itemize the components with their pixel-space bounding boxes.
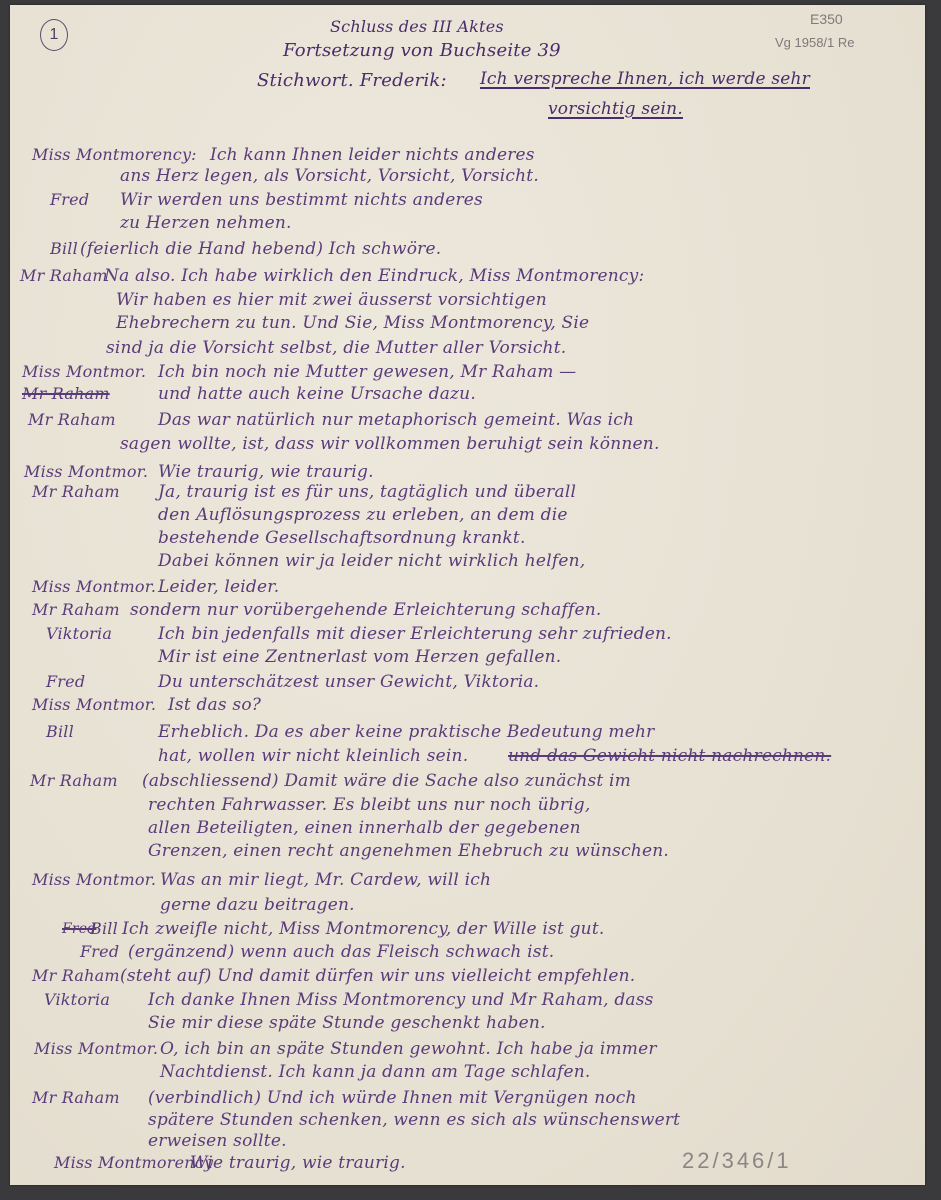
dialogue-line: rechten Fahrwasser. Es bleibt uns nur no… — [148, 795, 590, 815]
speaker-label: Fred — [80, 942, 119, 962]
dialogue-line: Ich danke Ihnen Miss Montmorency und Mr … — [148, 990, 654, 1010]
dialogue-line: spätere Stunden schenken, wenn es sich a… — [148, 1110, 680, 1130]
dialogue-line: (feierlich die Hand hebend) Ich schwöre. — [80, 239, 441, 259]
archive-code: E350 — [810, 11, 843, 27]
speaker-label: Mr Raham — [28, 410, 116, 430]
dialogue-line: Wie traurig, wie traurig. — [158, 462, 374, 482]
dialogue-line: Mir ist eine Zentnerlast vom Herzen gefa… — [158, 647, 561, 667]
dialogue-line: hat, wollen wir nicht kleinlich sein. — [158, 746, 468, 766]
dialogue-line: (ergänzend) wenn auch das Fleisch schwac… — [128, 942, 554, 962]
archive-folio-number: 22/346/1 — [682, 1148, 792, 1174]
dialogue-line: Leider, leider. — [158, 577, 279, 597]
dialogue-line: Erheblich. Da es aber keine praktische B… — [158, 722, 654, 742]
dialogue-line: O, ich bin an späte Stunden gewohnt. Ich… — [160, 1039, 657, 1059]
dialogue-line: den Auflösungsprozess zu erleben, an dem… — [158, 505, 568, 525]
dialogue-line: Ich bin jedenfalls mit dieser Erleichter… — [158, 624, 672, 644]
dialogue-line: Ich bin noch nie Mutter gewesen, Mr Raha… — [158, 362, 576, 382]
dialogue-line: sagen wollte, ist, dass wir vollkommen b… — [120, 434, 660, 454]
speaker-label: Miss Montmor. — [34, 1039, 158, 1059]
speaker-label: Viktoria — [46, 624, 112, 644]
header-act-title: Schluss des III Aktes — [330, 17, 504, 37]
speaker-label: Fred — [50, 190, 89, 210]
speaker-label: Mr Raham — [30, 771, 118, 791]
speaker-label: Mr Raham — [20, 266, 108, 286]
speaker-label: Miss Montmorency: — [32, 145, 197, 165]
dialogue-line: (abschliessend) Damit wäre die Sache als… — [142, 771, 631, 791]
dialogue-line: Das war natürlich nur metaphorisch gemei… — [158, 410, 634, 430]
dialogue-line: Na also. Ich habe wirklich den Eindruck,… — [104, 266, 644, 286]
archive-reference: Vg 1958/1 Re — [775, 35, 855, 50]
header-cue-text-2: vorsichtig sein. — [548, 99, 683, 119]
dialogue-line: Wie traurig, wie traurig. — [190, 1153, 406, 1173]
page-number-circle: 1 — [40, 19, 68, 51]
speaker-label: Miss Montmor. — [24, 462, 148, 482]
speaker-label: Mr Raham — [32, 600, 120, 620]
manuscript-page: 1 E350 Vg 1958/1 Re Schluss des III Akte… — [10, 5, 925, 1185]
speaker-label: Mr Raham — [32, 482, 120, 502]
dialogue-line: Ja, traurig ist es für uns, tagtäglich u… — [158, 482, 576, 502]
dialogue-line: Ist das so? — [168, 695, 261, 715]
speaker-label: Miss Montmor. — [32, 577, 156, 597]
speaker-label: Viktoria — [44, 990, 110, 1010]
speaker-label: Bill — [46, 722, 74, 742]
dialogue-line: Was an mir liegt, Mr. Cardew, will ich — [160, 870, 491, 890]
dialogue-line: und hatte auch keine Ursache dazu. — [158, 384, 476, 404]
dialogue-line: erweisen sollte. — [148, 1131, 287, 1151]
speaker-label: Fred — [46, 672, 85, 692]
dialogue-line: Wir haben es hier mit zwei äusserst vors… — [116, 290, 547, 310]
struck-text: und das Gewicht nicht nachrechnen. — [508, 746, 831, 766]
dialogue-line: Dabei können wir ja leider nicht wirklic… — [158, 551, 585, 571]
speaker-label: Miss Montmor. — [32, 870, 156, 890]
speaker-label: Bill — [50, 239, 78, 259]
dialogue-line: Nachtdienst. Ich kann ja dann am Tage sc… — [160, 1062, 591, 1082]
header-cue-label: Stichwort. Frederik: — [257, 71, 447, 91]
speaker-label: Bill — [90, 919, 118, 939]
dialogue-line: Grenzen, einen recht angenehmen Ehebruch… — [148, 841, 669, 861]
speaker-label: Miss Montmor. — [22, 362, 146, 382]
dialogue-line: zu Herzen nehmen. — [120, 213, 292, 233]
dialogue-line: ans Herz legen, als Vorsicht, Vorsicht, … — [120, 166, 539, 186]
dialogue-line: Ehebrechern zu tun. Und Sie, Miss Montmo… — [116, 313, 589, 333]
struck-speaker-label: Mr Raham — [22, 384, 110, 404]
speaker-label: Mr Raham — [32, 1088, 120, 1108]
dialogue-line: Ich zweifle nicht, Miss Montmorency, der… — [122, 919, 604, 939]
dialogue-line: Wir werden uns bestimmt nichts anderes — [120, 190, 483, 210]
speaker-label: Mr Raham — [32, 966, 120, 986]
speaker-label: Miss Montmor. — [32, 695, 156, 715]
dialogue-line: (steht auf) Und damit dürfen wir uns vie… — [120, 966, 635, 986]
dialogue-line: Du unterschätzest unser Gewicht, Viktori… — [158, 672, 539, 692]
header-cue-text-1: Ich verspreche Ihnen, ich werde sehr — [480, 69, 810, 89]
dialogue-line: sondern nur vorübergehende Erleichterung… — [130, 600, 601, 620]
dialogue-line: gerne dazu beitragen. — [160, 895, 355, 915]
dialogue-line: sind ja die Vorsicht selbst, die Mutter … — [106, 338, 566, 358]
dialogue-line: Sie mir diese späte Stunde geschenkt hab… — [148, 1013, 546, 1033]
header-continuation: Fortsetzung von Buchseite 39 — [283, 41, 561, 61]
dialogue-line: bestehende Gesellschaftsordnung krankt. — [158, 528, 526, 548]
dialogue-line: Ich kann Ihnen leider nichts anderes — [210, 145, 535, 165]
dialogue-line: (verbindlich) Und ich würde Ihnen mit Ve… — [148, 1088, 637, 1108]
dialogue-line: allen Beteiligten, einen innerhalb der g… — [148, 818, 581, 838]
